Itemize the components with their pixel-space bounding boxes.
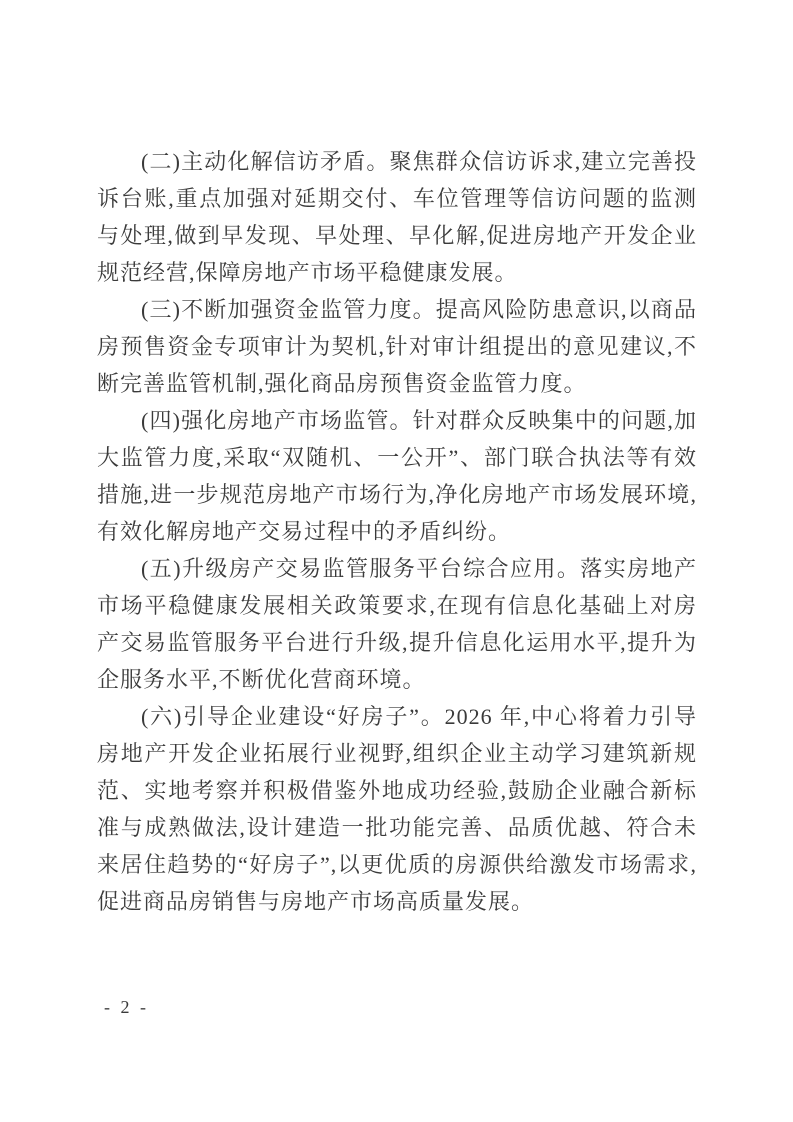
- paragraph-item-3: (三)不断加强资金监管力度。提高风险防患意识,以商品房预售资金专项审计为契机,针…: [97, 291, 697, 402]
- paragraph-item-6: (六)引导企业建设“好房子”。2026 年,中心将着力引导房地产开发企业拓展行业…: [97, 698, 697, 920]
- page-number: - 2 -: [104, 997, 149, 1018]
- document-body: (二)主动化解信访矛盾。聚焦群众信访诉求,建立完善投诉台账,重点加强对延期交付、…: [97, 143, 697, 920]
- document-page: (二)主动化解信访矛盾。聚焦群众信访诉求,建立完善投诉台账,重点加强对延期交付、…: [0, 0, 793, 1122]
- paragraph-item-5: (五)升级房产交易监管服务平台综合应用。落实房地产市场平稳健康发展相关政策要求,…: [97, 550, 697, 698]
- paragraph-item-4: (四)强化房地产市场监管。针对群众反映集中的问题,加大监管力度,采取“双随机、一…: [97, 402, 697, 550]
- paragraph-item-2: (二)主动化解信访矛盾。聚焦群众信访诉求,建立完善投诉台账,重点加强对延期交付、…: [97, 143, 697, 291]
